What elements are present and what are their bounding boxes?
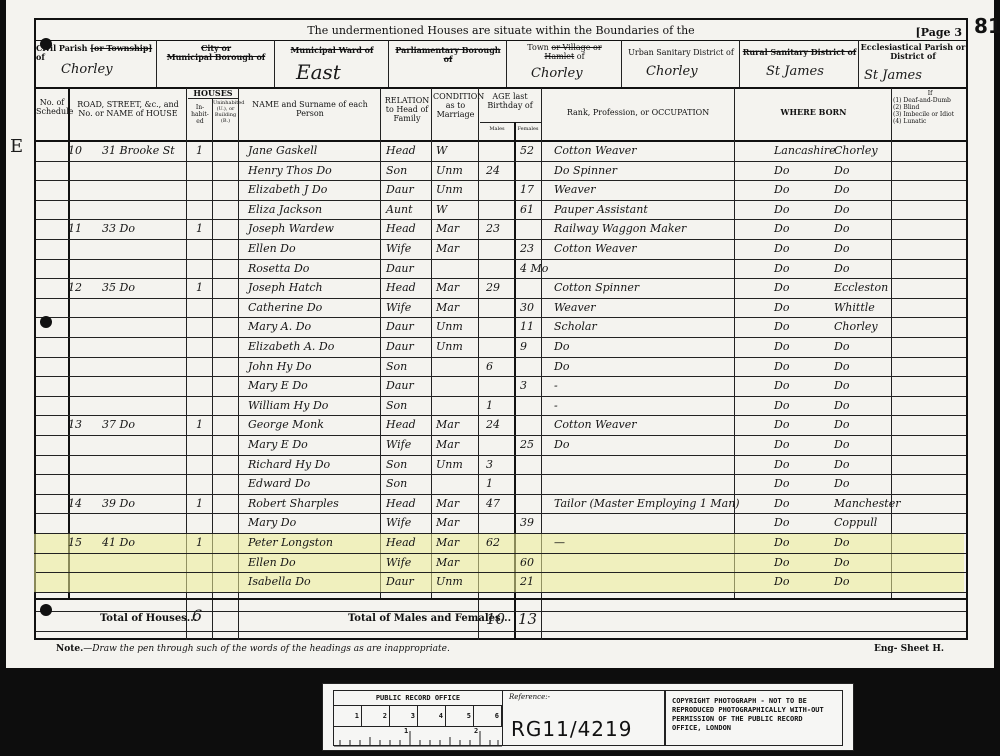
born-place: Do (834, 360, 849, 373)
reference-label: Reference:- (509, 693, 550, 701)
inhabited-count: 1 (196, 222, 203, 235)
condition: Unm (436, 458, 463, 471)
table-row: Mary E DoDaur3-DoDo (34, 377, 964, 396)
inhabited-count: 1 (196, 144, 203, 157)
table-row: Ellen DoWifeMar60DoDo (34, 554, 964, 573)
table-row: 1235 Do1Joseph HatchHeadMar29Cotton Spin… (34, 279, 964, 298)
col-where-born: WHERE BORN (736, 108, 891, 117)
born-place: Do (834, 262, 849, 275)
person-name: Ellen Do (248, 556, 296, 569)
inhabited-count: 1 (196, 281, 203, 294)
born-place: Do (834, 399, 849, 412)
col-name: NAME and Surname of each Person (240, 100, 380, 118)
born-place: Do (834, 536, 849, 549)
relation: Head (386, 497, 416, 510)
relation: Head (386, 222, 416, 235)
parliamentary-borough-label: Parliamentary Borough of (390, 46, 506, 64)
margin-mark: E (10, 136, 23, 157)
person-name: Elizabeth J Do (248, 183, 327, 196)
table-row: Ellen DoWifeMar23Cotton WeaverDoDo (34, 240, 964, 259)
infirmity-4: (4) Lunatic (893, 118, 967, 125)
total-females-value: 13 (518, 610, 537, 628)
condition: Mar (436, 556, 459, 569)
inhabited-count: 1 (196, 418, 203, 431)
person-name: Ellen Do (248, 242, 296, 255)
table-row: John Hy DoSon6DoDoDo (34, 358, 964, 377)
person-name: Joseph Wardew (248, 222, 334, 235)
page-label: [Page 3 (916, 26, 962, 39)
born-place: Chorley (834, 144, 878, 157)
col-age: AGE last Birthday of (480, 92, 540, 110)
table-row: Henry Thos DoSonUnm24Do SpinnerDoDo (34, 162, 964, 181)
ecclesiastical-parish-label: Ecclesiastical Parish orDistrict of (860, 43, 966, 61)
inch-ruler: 1 2 (334, 727, 502, 747)
col-road: ROAD, STREET, &c., and No. or NAME of HO… (70, 100, 186, 118)
person-name: Mary Do (248, 516, 296, 529)
condition: Unm (436, 183, 463, 196)
col-uninhabited: Uninhabited (U.), or Building (B.) (213, 100, 238, 124)
occupation: Do Spinner (554, 164, 617, 177)
scale-numbers: 1 2 3 4 5 6 (334, 706, 502, 727)
total-houses-label: Total of Houses... (100, 613, 197, 624)
civil-parish-value: Chorley (61, 62, 113, 77)
born-county: Do (774, 262, 789, 275)
born-place: Chorley (834, 320, 878, 333)
schedule-number: 10 (68, 144, 82, 157)
occupation: Scholar (554, 320, 597, 333)
civil-parish-label: Civil Parish [or Township] of (36, 44, 156, 62)
table-row: Isabella DoDaurUnm21DoDo (34, 573, 964, 592)
female-age: 25 (520, 438, 534, 451)
person-name: Edward Do (248, 477, 310, 490)
relation: Son (386, 360, 407, 373)
male-age: 23 (486, 222, 500, 235)
male-age: 1 (486, 399, 493, 412)
road-address: 39 Do (102, 497, 135, 510)
born-county: Do (774, 516, 789, 529)
born-county: Do (774, 242, 789, 255)
copyright-notice: COPYRIGHT PHOTOGRAPH - NOT TO BE REPRODU… (665, 690, 843, 746)
occupation: Do (554, 438, 569, 451)
occupation: - (554, 379, 558, 392)
relation: Daur (386, 575, 414, 588)
male-age: 1 (486, 477, 493, 490)
relation: Son (386, 458, 407, 471)
condition: Unm (436, 575, 463, 588)
born-place: Do (834, 556, 849, 569)
born-place: Do (834, 379, 849, 392)
born-place: Coppull (834, 516, 877, 529)
infirmity-header: If (893, 90, 967, 97)
table-row: Elizabeth J DoDaurUnm17WeaverDoDo (34, 181, 964, 200)
female-age: 23 (520, 242, 534, 255)
rural-sanitary-label: Rural Sanitary District of (741, 48, 858, 57)
table-row: 1031 Brooke St1Jane GaskellHeadW52Cotton… (34, 142, 964, 161)
female-age: 60 (520, 556, 534, 569)
table-row: Richard Hy DoSonUnm3DoDo (34, 456, 964, 475)
female-age: 9 (520, 340, 527, 353)
inch-mark-1: 1 (404, 727, 408, 735)
scale-4: 4 (418, 706, 446, 726)
male-age: 29 (486, 281, 500, 294)
occupation: Pauper Assistant (554, 203, 648, 216)
born-place: Do (834, 458, 849, 471)
ruler-box: PUBLIC RECORD OFFICE 1 2 3 4 5 6 1 (333, 690, 503, 746)
male-age: 47 (486, 497, 500, 510)
col-females: Females (515, 125, 541, 134)
schedule-number: 13 (68, 418, 82, 431)
binding-hole (40, 38, 52, 50)
condition: W (436, 203, 447, 216)
scale-6: 6 (474, 706, 502, 726)
folio-number: 81 (974, 14, 1000, 38)
person-name: George Monk (248, 418, 324, 431)
occupation: Cotton Spinner (554, 281, 639, 294)
occupation: Cotton Weaver (554, 144, 637, 157)
relation: Son (386, 477, 407, 490)
condition: Mar (436, 418, 459, 431)
relation: Wife (386, 242, 411, 255)
relation: Head (386, 281, 416, 294)
person-name: Richard Hy Do (248, 458, 330, 471)
female-age: 30 (520, 301, 534, 314)
col-schedule: No. of Schedule (36, 98, 68, 116)
born-place: Do (834, 418, 849, 431)
born-county: Do (774, 222, 789, 235)
relation: Wife (386, 556, 411, 569)
total-males-value: 10 (486, 610, 505, 628)
scale-1: 1 (334, 706, 362, 726)
col-infirmity: If (1) Deaf-and-Dumb (2) Blind (3) Imbec… (893, 90, 967, 125)
person-name: John Hy Do (248, 360, 311, 373)
male-age: 24 (486, 418, 500, 431)
female-age: 52 (520, 144, 534, 157)
person-name: Henry Thos Do (248, 164, 332, 177)
table-row: Catherine DoWifeMar30WeaverDoWhittle (34, 299, 964, 318)
municipal-borough-label: City orMunicipal Borough of (158, 44, 274, 62)
occupation: — (554, 536, 565, 549)
municipal-ward-value: East (296, 60, 341, 84)
relation: Son (386, 399, 407, 412)
occupation: Weaver (554, 183, 595, 196)
page-title: The undermentioned Houses are situate wi… (36, 24, 966, 37)
born-place: Do (834, 438, 849, 451)
inch-mark-2: 2 (474, 727, 478, 735)
person-name: Elizabeth A. Do (248, 340, 334, 353)
male-age: 62 (486, 536, 500, 549)
born-county: Do (774, 477, 789, 490)
born-place: Whittle (834, 301, 875, 314)
born-county: Do (774, 399, 789, 412)
relation: Head (386, 536, 416, 549)
born-county: Do (774, 536, 789, 549)
born-place: Do (834, 477, 849, 490)
reference-value: RG11/4219 (511, 717, 632, 741)
born-county: Lancashire (774, 144, 836, 157)
female-age: 4 Mo (520, 262, 548, 275)
road-address: 31 Brooke St (102, 144, 175, 157)
born-place: Do (834, 183, 849, 196)
scale-3: 3 (390, 706, 418, 726)
office-name: PUBLIC RECORD OFFICE (334, 691, 502, 706)
female-age: 17 (520, 183, 534, 196)
table-row: 1337 Do1George MonkHeadMar24Cotton Weave… (34, 416, 964, 435)
relation: Daur (386, 379, 414, 392)
relation: Head (386, 418, 416, 431)
person-name: Mary E Do (248, 379, 308, 392)
condition: Mar (436, 242, 459, 255)
occupation: Do (554, 340, 569, 353)
born-county: Do (774, 418, 789, 431)
scale-5: 5 (446, 706, 474, 726)
infirmity-1: (1) Deaf-and-Dumb (893, 97, 967, 104)
footer-note: Note.—Draw the pen through such of the w… (56, 644, 450, 654)
relation: Daur (386, 320, 414, 333)
col-males: Males (480, 125, 514, 134)
table-row: 1541 Do1Peter LongstonHeadMar62—DoDo (34, 534, 964, 553)
table-row: 1439 Do1Robert SharplesHeadMar47Tailor (… (34, 495, 964, 514)
relation: Head (386, 144, 416, 157)
female-age: 21 (520, 575, 534, 588)
person-name: Mary A. Do (248, 320, 311, 333)
census-page: The undermentioned Houses are situate wi… (6, 0, 994, 668)
road-address: 37 Do (102, 418, 135, 431)
relation: Wife (386, 301, 411, 314)
col-relation: RELATION to Head of Family (382, 96, 432, 123)
born-county: Do (774, 556, 789, 569)
condition: Mar (436, 281, 459, 294)
occupation: - (554, 399, 558, 412)
born-county: Do (774, 497, 789, 510)
person-name: Peter Longston (248, 536, 333, 549)
male-age: 6 (486, 360, 493, 373)
born-county: Do (774, 301, 789, 314)
occupation: Cotton Weaver (554, 418, 637, 431)
born-place: Do (834, 222, 849, 235)
born-county: Do (774, 281, 789, 294)
condition: Unm (436, 164, 463, 177)
person-name: William Hy Do (248, 399, 328, 412)
born-county: Do (774, 164, 789, 177)
col-condition: CONDITION as to Marriage (433, 92, 478, 119)
road-address: 33 Do (102, 222, 135, 235)
born-county: Do (774, 458, 789, 471)
born-place: Do (834, 203, 849, 216)
condition: Unm (436, 340, 463, 353)
occupation: Railway Waggon Maker (554, 222, 686, 235)
person-name: Rosetta Do (248, 262, 309, 275)
infirmity-2: (2) Blind (893, 104, 967, 111)
person-name: Isabella Do (248, 575, 311, 588)
condition: Unm (436, 320, 463, 333)
male-age: 3 (486, 458, 493, 471)
town-value: Chorley (531, 66, 583, 81)
born-place: Do (834, 164, 849, 177)
table-row: Mary A. DoDaurUnm11ScholarDoChorley (34, 318, 964, 337)
occupation: Cotton Weaver (554, 242, 637, 255)
condition: Mar (436, 497, 459, 510)
road-address: 41 Do (102, 536, 135, 549)
urban-sanitary-value: Chorley (646, 64, 698, 79)
occupation: Weaver (554, 301, 595, 314)
col-inhabited: In-habit-ed (188, 104, 212, 125)
female-age: 3 (520, 379, 527, 392)
table-row: William Hy DoSon1-DoDo (34, 397, 964, 416)
note-prefix: Note. (56, 644, 83, 654)
born-county: Do (774, 183, 789, 196)
rural-sanitary-value: St James (766, 64, 824, 79)
male-age: 24 (486, 164, 500, 177)
relation: Son (386, 164, 407, 177)
born-place: Do (834, 575, 849, 588)
born-place: Do (834, 242, 849, 255)
total-houses-value: 6 (192, 606, 202, 625)
condition: W (436, 144, 447, 157)
born-place: Manchester (834, 497, 901, 510)
person-name: Eliza Jackson (248, 203, 322, 216)
table-row: Mary DoWifeMar39DoCoppull (34, 514, 964, 533)
municipal-ward-label: Municipal Ward of (276, 46, 388, 55)
infirmity-3: (3) Imbecile or Idiot (893, 111, 967, 118)
record-office-stamp: PUBLIC RECORD OFFICE 1 2 3 4 5 6 1 (322, 683, 854, 751)
born-place: Eccleston (834, 281, 888, 294)
person-name: Catherine Do (248, 301, 322, 314)
inhabited-count: 1 (196, 497, 203, 510)
note-text: —Draw the pen through such of the words … (83, 644, 450, 654)
person-name: Jane Gaskell (248, 144, 317, 157)
person-name: Mary E Do (248, 438, 308, 451)
relation: Daur (386, 183, 414, 196)
born-county: Do (774, 320, 789, 333)
schedule-number: 15 (68, 536, 82, 549)
town-label: Town or Village orHamlet of (508, 43, 621, 61)
born-place: Do (834, 340, 849, 353)
condition: Mar (436, 516, 459, 529)
relation: Wife (386, 438, 411, 451)
reference-box: Reference:- RG11/4219 (503, 690, 665, 746)
condition: Mar (436, 536, 459, 549)
table-row: 1133 Do1Joseph WardewHeadMar23Railway Wa… (34, 220, 964, 239)
born-county: Do (774, 340, 789, 353)
sheet-label: Eng- Sheet H. (874, 644, 944, 654)
person-name: Joseph Hatch (248, 281, 323, 294)
table-row: Elizabeth A. DoDaurUnm9DoDoDo (34, 338, 964, 357)
urban-sanitary-label: Urban Sanitary District of (623, 48, 739, 57)
schedule-number: 14 (68, 497, 82, 510)
born-county: Do (774, 575, 789, 588)
table-row: Rosetta DoDaur4 MoDoDo (34, 260, 964, 279)
col-houses: HOUSES (188, 89, 238, 98)
condition: Mar (436, 438, 459, 451)
female-age: 39 (520, 516, 534, 529)
table-row: Eliza JacksonAuntW61Pauper AssistantDoDo (34, 201, 964, 220)
occupation: Do (554, 360, 569, 373)
person-name: Robert Sharples (248, 497, 339, 510)
schedule-number: 12 (68, 281, 82, 294)
relation: Aunt (386, 203, 413, 216)
female-age: 11 (520, 320, 534, 333)
born-county: Do (774, 438, 789, 451)
schedule-number: 11 (68, 222, 82, 235)
binding-hole (40, 604, 52, 616)
table-row: Mary E DoWifeMar25DoDoDo (34, 436, 964, 455)
condition: Mar (436, 301, 459, 314)
born-county: Do (774, 203, 789, 216)
binding-hole (40, 316, 52, 328)
table-row: Edward DoSon1DoDo (34, 475, 964, 494)
scale-2: 2 (362, 706, 390, 726)
col-occupation: Rank, Profession, or OCCUPATION (543, 108, 733, 117)
inhabited-count: 1 (196, 536, 203, 549)
female-age: 61 (520, 203, 534, 216)
condition: Mar (436, 222, 459, 235)
relation: Daur (386, 262, 414, 275)
occupation: Tailor (Master Employing 1 Man) (554, 497, 740, 510)
relation: Wife (386, 516, 411, 529)
ecclesiastical-parish-value: St James (864, 68, 922, 83)
relation: Daur (386, 340, 414, 353)
road-address: 35 Do (102, 281, 135, 294)
born-county: Do (774, 379, 789, 392)
born-county: Do (774, 360, 789, 373)
